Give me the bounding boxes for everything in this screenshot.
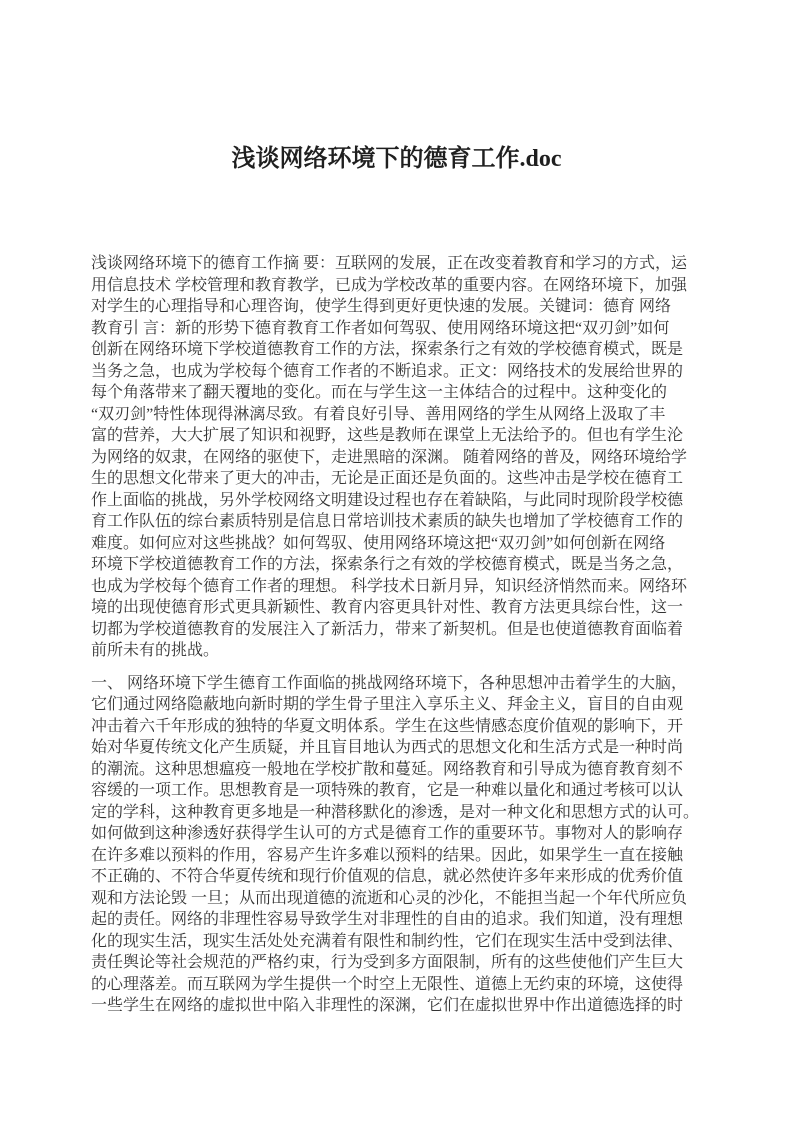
text-line: 容缓的一项工作。思想教育是一项特殊的教育，它是一种难以量化和通过考核可以认 xyxy=(91,780,707,802)
text-line: 也成为学校每个德育工作者的理想。 科学技术日新月异，知识经济悄然而来。网络环 xyxy=(91,576,707,598)
text-line: 切都为学校道德教育的发展注入了新活力，带来了新契机。但是也使道德教育面临着 xyxy=(91,619,707,641)
text-line: 环境下学校道德教育工作的方法，探索条行之有效的学校德育模式，既是当务之急， xyxy=(91,554,707,576)
document-page: 浅谈网络环境下的德育工作.doc 浅谈网络环境下的德育工作摘 要：互联网的发展，… xyxy=(0,0,793,1122)
text-line: 富的营养，大大扩展了知识和视野，这些是教师在课堂上无法给予的。但也有学生沦 xyxy=(91,425,707,447)
text-line: 每个角落带来了翻天覆地的变化。而在与学生这一主体结合的过程中。这种变化的 xyxy=(91,382,707,404)
text-line: 育工作队伍的综台素质特别是信息日常培训技术素质的缺失也增加了学校德育工作的 xyxy=(91,511,707,533)
text-line: 创新在网络环境下学校道德教育工作的方法，探索条行之有效的学校德育模式，既是 xyxy=(91,339,707,361)
text-line: 它们通过网络隐蔽地向新时期的学生骨子里注入享乐主义、拜金主义，盲目的自由观 xyxy=(91,694,707,716)
text-line: 教育引 言：新的形势下德育教育工作者如何驾驭、使用网络环境这把“双刃剑”如何 xyxy=(91,318,707,340)
text-line: 对学生的心理指导和心理咨询，使学生得到更好更快速的发展。关键词：德育 网络 xyxy=(91,296,707,318)
text-line: 冲击着六千年形成的独特的华夏文明体系。学生在这些情感态度价值观的影响下，开 xyxy=(91,716,707,738)
text-line: 在许多难以预料的作用，容易产生许多难以预料的结果。因此，如果学生一直在接触 xyxy=(91,845,707,867)
text-line: 观和方法论毁 一旦；从而出现道德的流逝和心灵的沙化，不能担当起一个年代所应负 xyxy=(91,888,707,910)
text-line: 浅谈网络环境下的德育工作摘 要：互联网的发展，正在改变着教育和学习的方式，运 xyxy=(91,253,707,275)
text-line: 作上面临的挑战，另外学校网络文明建设过程也存在着缺陷，与此同时现阶段学校德 xyxy=(91,490,707,512)
text-line: 前所未有的挑战。 xyxy=(91,640,707,662)
document-body: 浅谈网络环境下的德育工作摘 要：互联网的发展，正在改变着教育和学习的方式，运用信… xyxy=(91,253,707,1017)
text-line: 起的责任。网络的非理性容易导致学生对非理性的自由的追求。我们知道，没有理想 xyxy=(91,909,707,931)
paragraph-section-one: 一、 网络环境下学生德育工作面临的挑战网络环境下，各种思想冲击着学生的大脑，它们… xyxy=(91,673,707,1017)
text-line: 一、 网络环境下学生德育工作面临的挑战网络环境下，各种思想冲击着学生的大脑， xyxy=(91,673,707,695)
text-line: 境的出现使德育形式更具新颖性、教育内容更具针对性、教育方法更具综台性，这一 xyxy=(91,597,707,619)
text-line: 生的思想文化带来了更大的冲击，无论是正面还是负面的。这些冲击是学校在德育工 xyxy=(91,468,707,490)
text-line: 当务之急，也成为学校每个德育工作者的不断追求。正文：网络技术的发展给世界的 xyxy=(91,361,707,383)
text-line: 一些学生在网络的虚拟世中陷入非理性的深渊，它们在虚拟世界中作出道德选择的时 xyxy=(91,995,707,1017)
text-line: 责任舆论等社会规范的严格约束，行为受到多方面限制，所有的这些使他们产生巨大 xyxy=(91,952,707,974)
text-line: 用信息技术 学校管理和教育教学，已成为学校改革的重要内容。在网络环境下，加强 xyxy=(91,275,707,297)
text-line: 的潮流。这种思想瘟疫一般地在学校扩散和蔓延。网络教育和引导成为德育教育刻不 xyxy=(91,759,707,781)
text-line: 化的现实生活，现实生活处处充满着有限性和制约性，它们在现实生活中受到法律、 xyxy=(91,931,707,953)
text-line: 定的学科，这种教育更多地是一种潜移默化的渗透，是对一种文化和思想方式的认可。 xyxy=(91,802,707,824)
text-line: 为网络的奴隶，在网络的驱使下，走进黑暗的深渊。 随着网络的普及，网络环境给学 xyxy=(91,447,707,469)
text-line: 始对华夏传统文化产生质疑，并且盲目地认为西式的思想文化和生活方式是一种时尚 xyxy=(91,737,707,759)
text-line: “双刃剑”特性体现得淋漓尽致。有着良好引导、善用网络的学生从网络上汲取了丰 xyxy=(91,404,707,426)
paragraph-intro: 浅谈网络环境下的德育工作摘 要：互联网的发展，正在改变着教育和学习的方式，运用信… xyxy=(91,253,707,662)
document-title: 浅谈网络环境下的德育工作.doc xyxy=(0,138,793,173)
text-line: 如何做到这种渗透好获得学生认可的方式是德育工作的重要环节。事物对人的影响存 xyxy=(91,823,707,845)
text-line: 的心理落差。而互联网为学生提供一个时空上无限性、道德上无约束的环境，这使得 xyxy=(91,974,707,996)
text-line: 难度。如何应对这些挑战？如何驾驭、使用网络环境这把“双刃剑”如何创新在网络 xyxy=(91,533,707,555)
text-line: 不正确的、不符合华夏传统和现行价值观的信息，就必然使许多年来形成的优秀价值 xyxy=(91,866,707,888)
